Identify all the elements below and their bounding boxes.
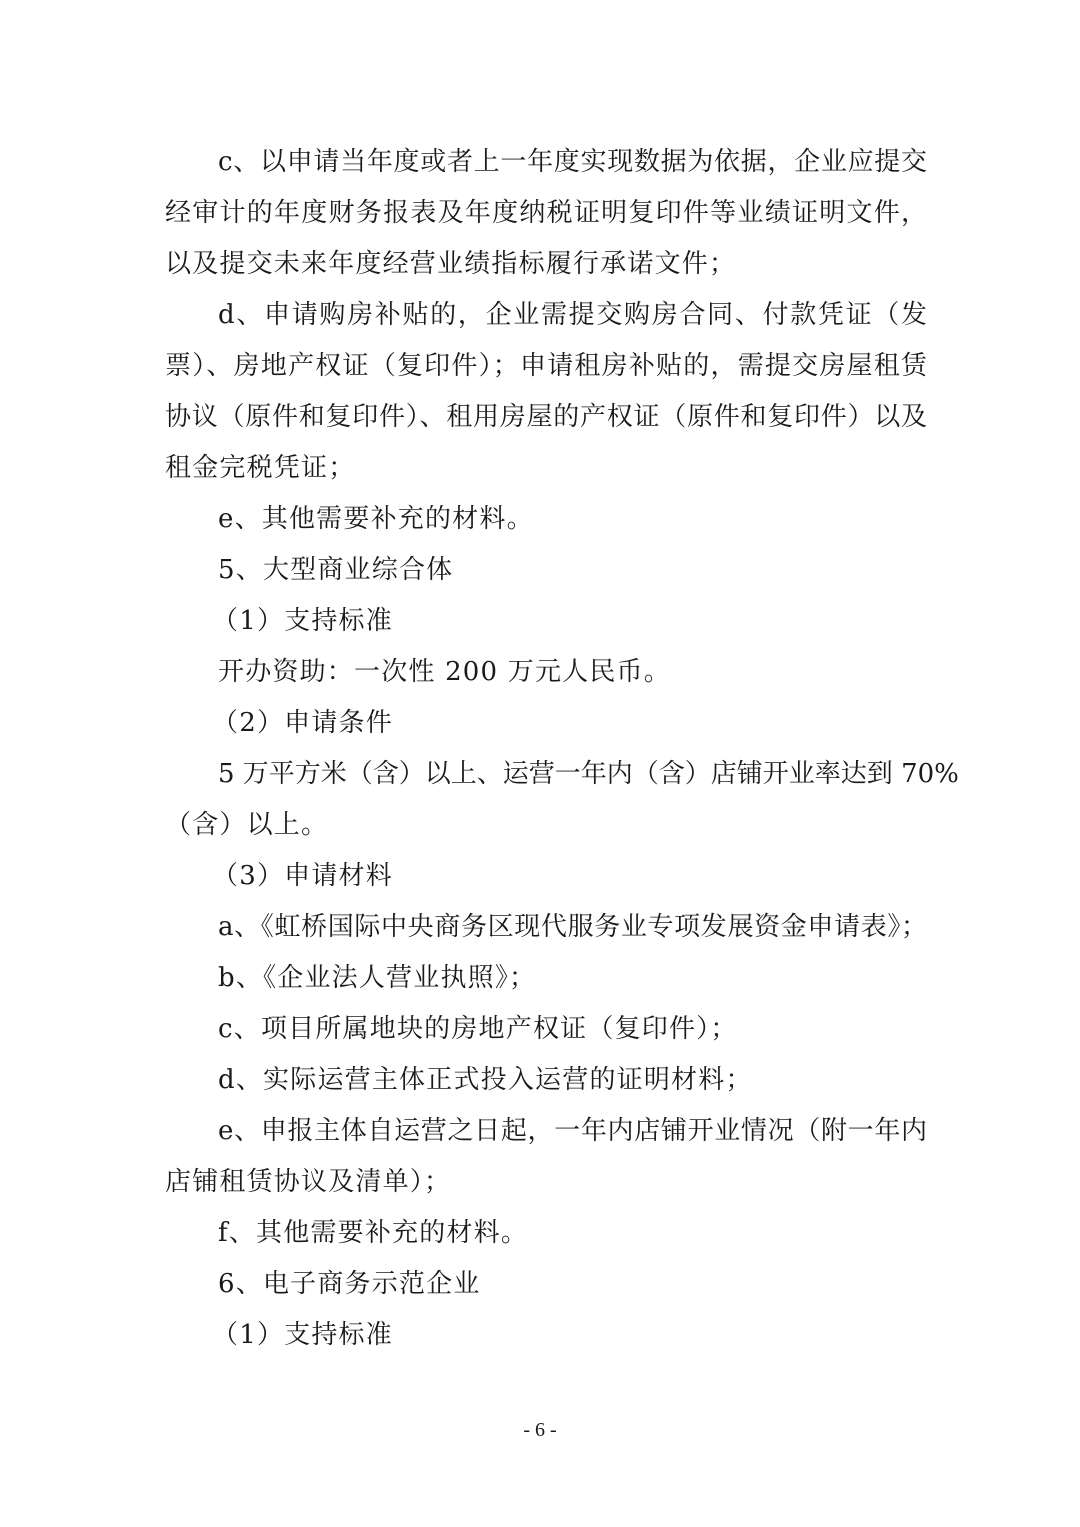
list-item: c、项目所属地块的房地产权证（复印件）； [218,1014,927,1044]
section-heading: 6、电子商务示范企业 [218,1269,927,1299]
list-item: f、其他需要补充的材料。 [218,1218,927,1248]
subsection-heading: （1）支持标准 [212,1320,974,1350]
paragraph-line: 5 万平方米（含）以上、运营一年内（含）店铺开业率达到 70% [218,759,927,789]
list-item: b、《企业法人营业执照》； [218,963,927,993]
paragraph-line: 经审计的年度财务报表及年度纳税证明复印件等业绩证明文件， [165,198,927,228]
paragraph-line: 店铺租赁协议及清单）； [165,1167,927,1197]
paragraph-line: 票）、房地产权证（复印件）；申请租房补贴的，需提交房屋租赁 [165,351,927,381]
paragraph-line: 协议（原件和复印件）、租用房屋的产权证（原件和复印件）以及 [165,402,927,432]
paragraph-line: c、以申请当年度或者上一年度实现数据为依据，企业应提交 [218,147,927,177]
page-number: - 6 - [0,1418,1080,1442]
list-item: e、其他需要补充的材料。 [218,504,927,534]
section-heading: 5、大型商业综合体 [218,555,927,585]
subsection-heading: （2）申请条件 [212,708,974,738]
paragraph-line: 租金完税凭证； [165,453,927,483]
document-page: c、以申请当年度或者上一年度实现数据为依据，企业应提交 经审计的年度财务报表及年… [0,0,1080,1527]
paragraph-line: 以及提交未来年度经营业绩指标履行承诺文件； [165,249,927,279]
paragraph-line: d、申请购房补贴的，企业需提交购房合同、付款凭证（发 [218,300,927,330]
list-item: a、《虹桥国际中央商务区现代服务业专项发展资金申请表》； [218,912,927,942]
paragraph-line: 开办资助：一次性 200 万元人民币。 [218,657,927,687]
paragraph-line: （含）以上。 [165,810,927,840]
subsection-heading: （1）支持标准 [212,606,974,636]
list-item: d、实际运营主体正式投入运营的证明材料； [218,1065,927,1095]
list-item: e、申报主体自运营之日起，一年内店铺开业情况（附一年内 [218,1116,927,1146]
subsection-heading: （3）申请材料 [212,861,974,891]
